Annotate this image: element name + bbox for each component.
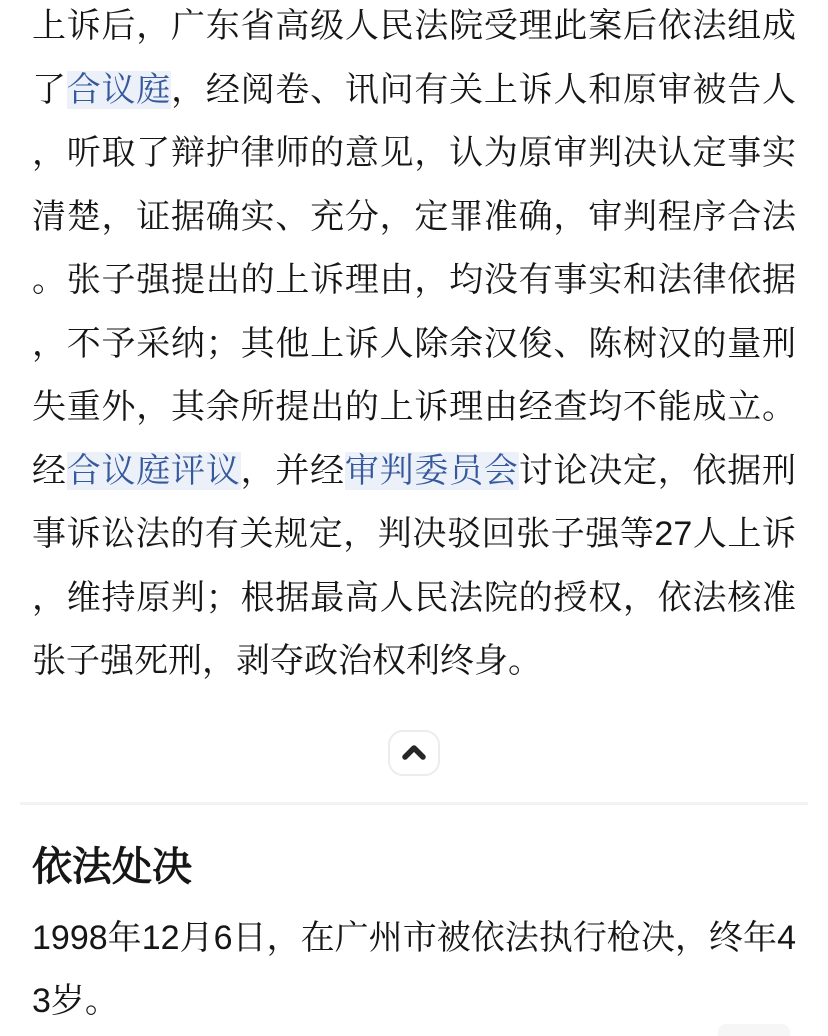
inline-link[interactable]: 审判委员会 [345,452,519,490]
paragraph-text-segment: ，经阅卷、讯问有关上诉人和原审被告人，听取了辩护律师的意见，认为原审判决认定事实… [32,71,796,490]
floating-button-partial[interactable] [718,1024,790,1036]
paragraph-text-segment: ，并经 [241,452,345,490]
execution-paragraph: 1998年12月6日，在广州市被依法执行枪决，终年43岁。 [32,907,796,1034]
collapse-section-button[interactable] [388,730,440,776]
inline-link[interactable]: 合议庭 [67,71,171,109]
article-content: 上诉后，广东省高级人民法院受理此案后依法组成了合议庭，经阅卷、讯问有关上诉人和原… [0,0,828,1031]
section-divider [20,802,808,805]
appeal-paragraph: 上诉后，广东省高级人民法院受理此案后依法组成了合议庭，经阅卷、讯问有关上诉人和原… [32,0,796,694]
section-heading: 依法处决 [32,843,796,891]
chevron-up-icon [401,743,427,763]
collapse-row [32,730,796,776]
inline-link[interactable]: 合议庭评议 [67,452,241,490]
